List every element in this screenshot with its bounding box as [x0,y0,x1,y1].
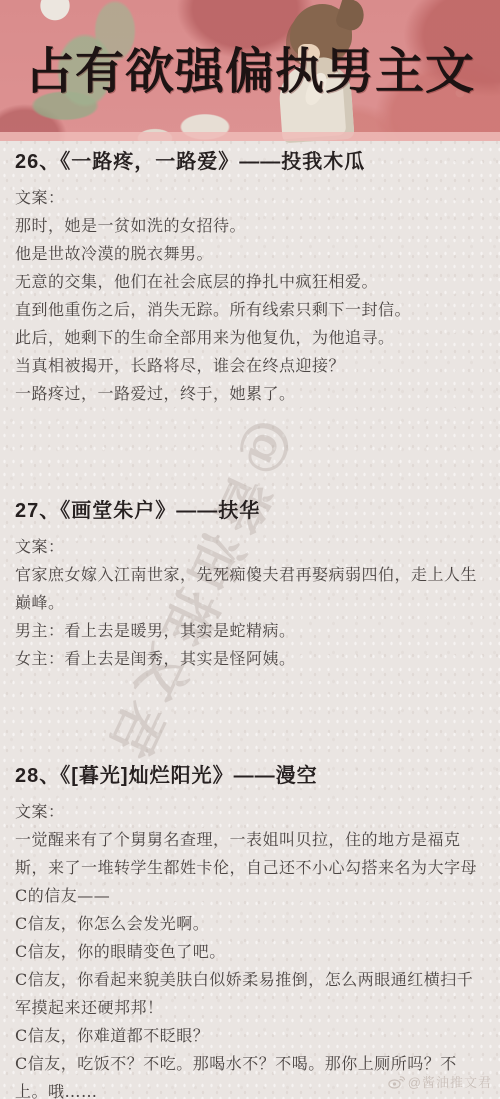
entry-copy-label: 文案： [15,798,488,826]
weibo-novel-recommendation-image: 占有欲强偏执男主文 @酱油推文君 26、《一路疼，一路爱》——投我木瓜 文案： … [0,0,500,1099]
entry-copy-label: 文案： [15,533,488,561]
entry-heading: 27、《画堂朱户》——扶华 [15,498,488,524]
weibo-icon [388,1075,405,1089]
entry-paragraph: 一路疼过，一路爱过，终于，她累了。 [15,380,488,408]
entry-paragraph: 直到他重伤之后，消失无踪。所有线索只剩下一封信。 [15,296,488,324]
entry-paragraph: 女主：看上去是闺秀，其实是怪阿姨。 [15,645,488,673]
entry-paragraph: 他是世故冷漠的脱衣舞男。 [15,240,488,268]
entry: 27、《画堂朱户》——扶华 文案： 官家庶女嫁入江南世家，先死痴傻夫君再娶病弱四… [15,498,488,673]
header-bottom-strip [0,132,500,141]
entry-copy-label: 文案： [15,184,488,212]
entry-paragraph: 无意的交集，他们在社会底层的挣扎中疯狂相爱。 [15,268,488,296]
entry-paragraph: 官家庶女嫁入江南世家，先死痴傻夫君再娶病弱四伯，走上人生巅峰。 [15,561,488,617]
entry-paragraph: 男主：看上去是暖男，其实是蛇精病。 [15,617,488,645]
entry: 28、《[暮光]灿烂阳光》——漫空 文案： 一觉醒来有了个舅舅名查理，一表姐叫贝… [15,763,488,1099]
entry-list: 26、《一路疼，一路爱》——投我木瓜 文案： 那时，她是一贫如洗的女招待。他是世… [0,141,500,1099]
entry-paragraph: C信友，你怎么会发光啊。 [15,910,488,938]
entry-paragraph: 当真相被揭开，长路将尽，谁会在终点迎接？ [15,352,488,380]
entry-paragraphs: 官家庶女嫁入江南世家，先死痴傻夫君再娶病弱四伯，走上人生巅峰。男主：看上去是暖男… [15,561,488,673]
entry-paragraph: C信友，你难道都不眨眼？ [15,1022,488,1050]
entry-paragraph: 此后，她剩下的生命全部用来为他复仇，为他追寻。 [15,324,488,352]
entry-paragraph: C信友，你的眼睛变色了吧。 [15,938,488,966]
entry-paragraph: 一觉醒来有了个舅舅名查理，一表姐叫贝拉，住的地方是福克斯，来了一堆转学生都姓卡伦… [15,826,488,910]
corner-watermark: @酱油推文君 [388,1072,492,1091]
entry-heading: 28、《[暮光]灿烂阳光》——漫空 [15,763,488,789]
entry-paragraphs: 那时，她是一贫如洗的女招待。他是世故冷漠的脱衣舞男。无意的交集，他们在社会底层的… [15,212,488,408]
header-banner: 占有欲强偏执男主文 [0,0,500,141]
entry-paragraphs: 一觉醒来有了个舅舅名查理，一表姐叫贝拉，住的地方是福克斯，来了一堆转学生都姓卡伦… [15,826,488,1099]
entry-heading: 26、《一路疼，一路爱》——投我木瓜 [15,149,488,175]
corner-watermark-text: @酱油推文君 [408,1072,492,1091]
entry: 26、《一路疼，一路爱》——投我木瓜 文案： 那时，她是一贫如洗的女招待。他是世… [15,149,488,408]
entry-paragraph: C信友，你看起来貌美肤白似娇柔易推倒，怎么两眼通红横扫千军摸起来还硬邦邦！ [15,966,488,1022]
entry-paragraph: 那时，她是一贫如洗的女招待。 [15,212,488,240]
page-title: 占有欲强偏执男主文 [0,40,500,102]
